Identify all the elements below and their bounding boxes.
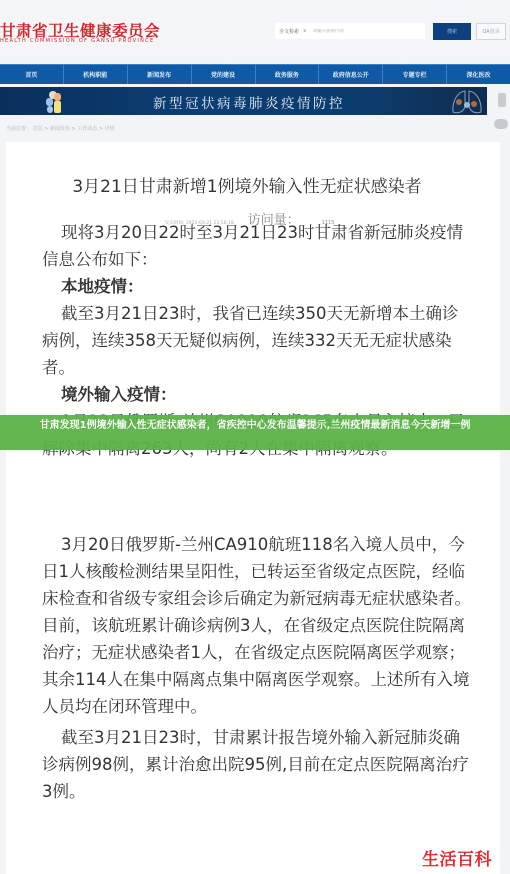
- chevron-down-icon[interactable]: ∨: [303, 28, 307, 34]
- banner-title: 新型冠状病毒肺炎疫情防控: [153, 92, 345, 112]
- nav-item-disclosure[interactable]: 政府信息公开: [319, 65, 383, 84]
- nav-item-services[interactable]: 政务服务: [256, 65, 320, 84]
- side-toolbar-chat-icon[interactable]: [494, 119, 508, 129]
- search-input[interactable]: [313, 29, 403, 34]
- section-heading-imported: 境外输入疫情：: [42, 381, 472, 408]
- page: 甘肃省卫生健康委员会 HEALTH COMMISSION OF GANSU PR…: [0, 0, 510, 874]
- section-heading-local: 本地疫情：: [42, 273, 472, 300]
- search-button[interactable]: 搜索: [433, 23, 471, 40]
- article-body-detail: 3月20日俄罗斯-兰州CA910航班118名入境人员中，今日1人核酸检测结果呈阳…: [42, 531, 472, 805]
- paragraph-flight-0320: 3月20日俄罗斯-兰州CA910航班118名入境人员中，今日1人核酸检测结果呈阳…: [42, 531, 472, 720]
- side-toolbar-phone-icon[interactable]: [498, 93, 506, 107]
- video-caption-overlay: 甘肃发现1例境外输入性无症状感染者，省疾控中心发布温馨提示,兰州疫情最新消息今天…: [0, 415, 510, 450]
- paragraph-local: 截至3月21日23时，我省已连续350天无新增本土确诊病例，连续358天无疑似病…: [42, 300, 472, 381]
- watermark-logo: 生活百科: [422, 845, 492, 870]
- search-scope-select[interactable]: 全文检索: [279, 28, 299, 35]
- nav-item-home[interactable]: 首页: [0, 65, 64, 84]
- oa-login-button[interactable]: OA登录: [476, 23, 506, 40]
- site-header: 甘肃省卫生健康委员会 HEALTH COMMISSION OF GANSU PR…: [0, 0, 510, 62]
- nav-item-reform[interactable]: 深化医改: [447, 65, 510, 84]
- nav-item-news[interactable]: 新闻发布: [128, 65, 192, 84]
- paragraph-cumulative: 截至3月21日23时，甘肃累计报告境外输入新冠肺炎确诊病例98例，累计治愈出院9…: [42, 724, 472, 805]
- nav-item-institution[interactable]: 机构职能: [64, 65, 128, 84]
- site-logo-subtitle: HEALTH COMMISSION OF GANSU PROVINCE: [0, 38, 154, 44]
- breadcrumb[interactable]: 当前位置： 首页 > 新闻发布 > 工作动态 > 详情: [6, 125, 115, 132]
- search-bar: 全文检索 ∨: [275, 23, 425, 39]
- main-nav: 首页 机构职能 新闻发布 党的建设 政务服务 政府信息公开 专题专栏 深化医改: [0, 64, 510, 84]
- health-emblem-icon: [40, 89, 66, 115]
- nav-item-topics[interactable]: 专题专栏: [383, 65, 447, 84]
- nav-item-party[interactable]: 党的建设: [192, 65, 256, 84]
- lungs-icon: [448, 88, 486, 115]
- covid-banner[interactable]: 新型冠状病毒肺炎疫情防控: [0, 87, 487, 115]
- paragraph-intro: 现将3月20日22时至3月21日23时甘肃省新冠肺炎疫情信息公布如下：: [42, 219, 472, 273]
- article-title: 3月21日甘肃新增1例境外输入性无症状感染者: [0, 172, 494, 197]
